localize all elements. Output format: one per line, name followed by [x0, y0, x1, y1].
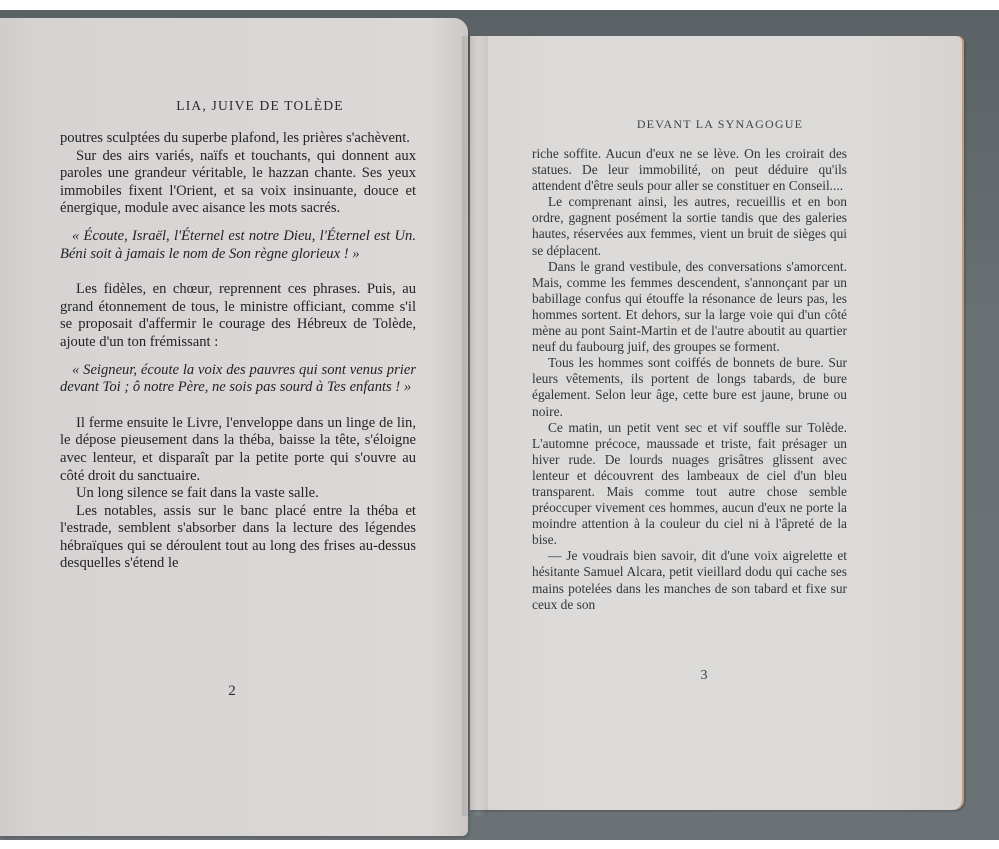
photo-border	[0, 840, 999, 849]
paragraph: Dans le grand vestibule, des conversatio…	[532, 259, 847, 356]
paragraph: Tous les hommes sont coiffés de bonnets …	[532, 355, 847, 419]
paragraph: Sur des airs variés, naïfs et touchants,…	[60, 148, 416, 218]
paragraph: Les notables, assis sur le banc placé en…	[60, 503, 416, 573]
paragraph: Ce matin, un petit vent sec et vif souff…	[532, 420, 847, 549]
left-running-head: LIA, JUIVE DE TOLÈDE	[60, 98, 460, 114]
paragraph: Un long silence se fait dans la vaste sa…	[60, 485, 416, 503]
paragraph: — Je voudrais bien savoir, dit d'une voi…	[532, 548, 847, 612]
right-running-head: DEVANT LA SYNAGOGUE	[520, 117, 920, 132]
left-page-number: 2	[212, 683, 252, 700]
quotation: « Seigneur, écoute la voix des pauvres q…	[60, 362, 416, 397]
paragraph: Le comprenant ainsi, les autres, recueil…	[532, 194, 847, 258]
right-page-number: 3	[684, 668, 724, 684]
paragraph: Les fidèles, en chœur, reprennent ces ph…	[60, 281, 416, 351]
paragraph: Il ferme ensuite le Livre, l'enveloppe d…	[60, 415, 416, 485]
quotation: « Écoute, Israël, l'Éternel est notre Di…	[60, 228, 416, 263]
left-page-text: poutres sculptées du superbe plafond, le…	[60, 130, 416, 573]
paragraph: riche soffite. Aucun d'eux ne se lève. O…	[532, 146, 847, 194]
right-page-text: riche soffite. Aucun d'eux ne se lève. O…	[532, 146, 847, 613]
paragraph: poutres sculptées du superbe plafond, le…	[60, 130, 416, 148]
